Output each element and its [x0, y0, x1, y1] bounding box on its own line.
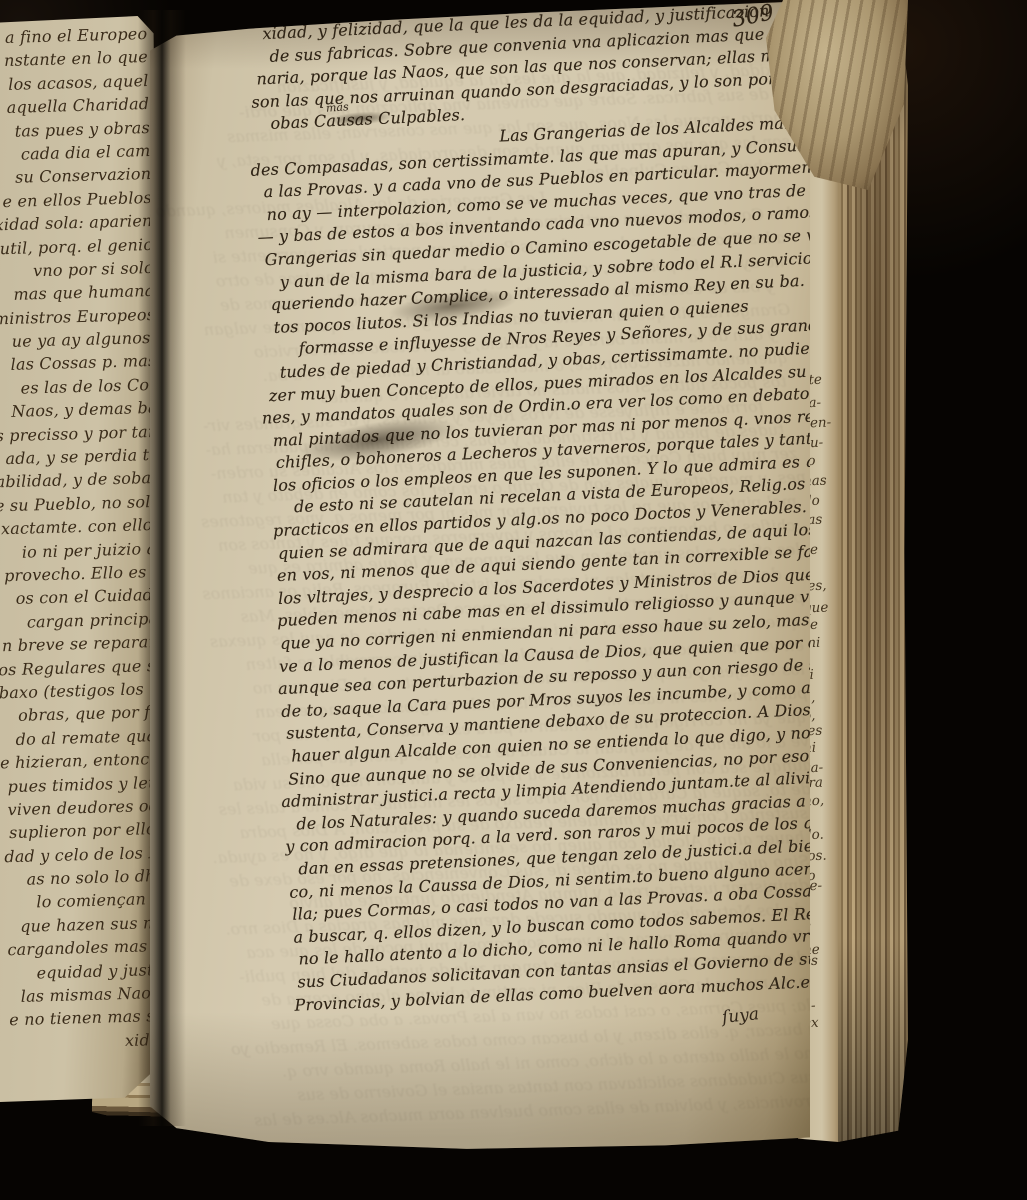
right-page: xidad, y felizidad, que la que les da la… — [150, 0, 810, 1150]
left-page: a fino el Europeonstante en lo quelos ac… — [0, 16, 160, 1102]
left-page-text-block: a fino el Europeonstante en lo quelos ac… — [0, 24, 160, 1102]
catchword: ſuya — [721, 1004, 760, 1028]
gutter-fold-shadow — [138, 10, 186, 1126]
interlinear-insertion: mas — [326, 100, 349, 115]
main-text-block: xidad, y felizidad, que la que les da la… — [244, 0, 810, 1017]
manuscript-photo: a fino el Europeonstante en lo quelos ac… — [0, 0, 1027, 1200]
